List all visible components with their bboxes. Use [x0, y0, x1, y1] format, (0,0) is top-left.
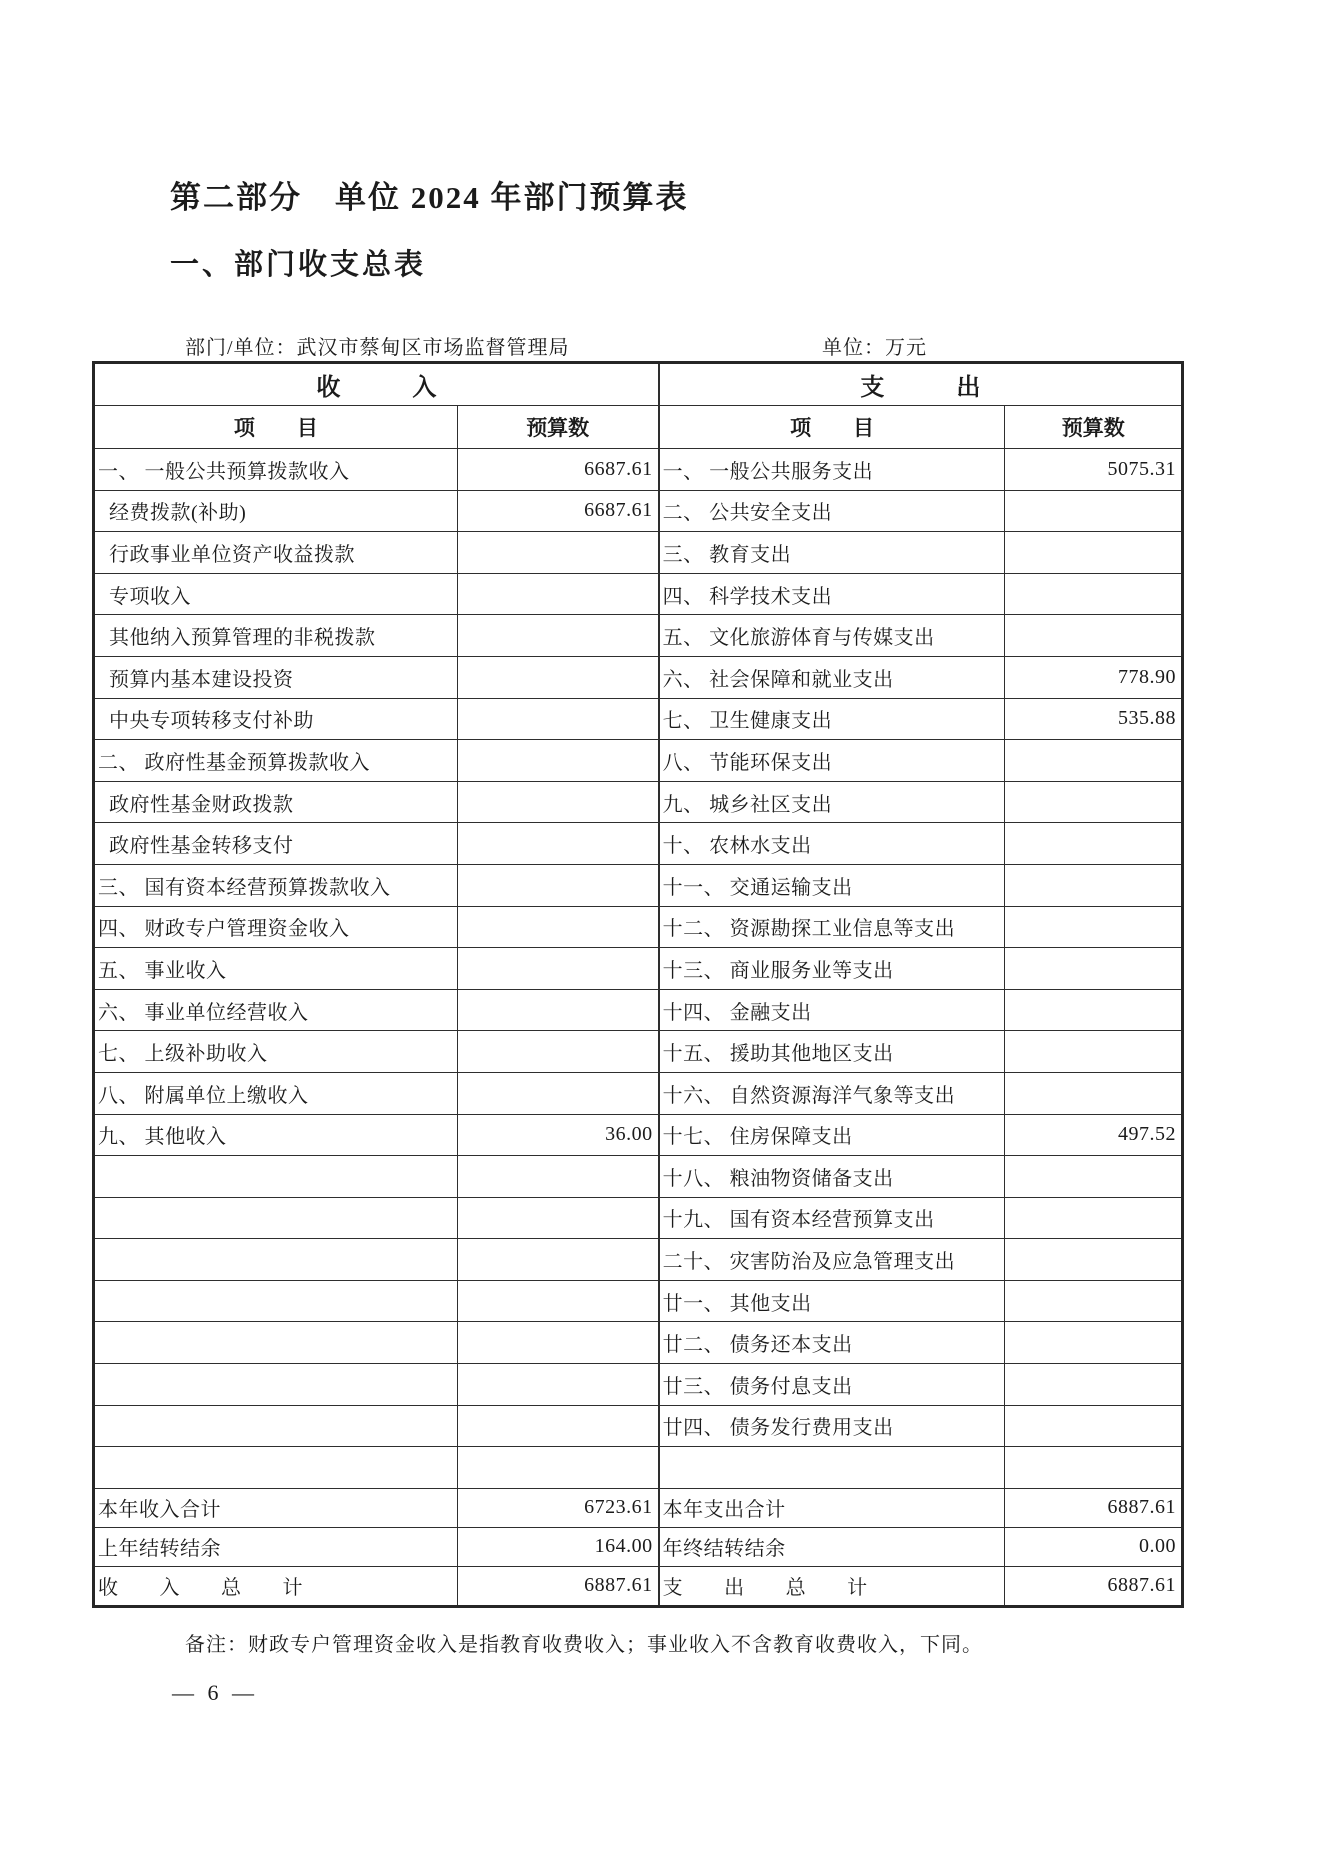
income-value-cell	[457, 989, 658, 1031]
table-row: 二、 政府性基金预算拨款收入 八、 节能环保支出	[94, 740, 1183, 782]
expense-value-cell: 6887.61	[1005, 1488, 1183, 1527]
expense-value-cell: 5075.31	[1005, 449, 1183, 491]
expense-item-cell: 廿四、 债务发行费用支出	[659, 1405, 1005, 1447]
table-row: 行政事业单位资产收益拨款 三、 教育支出	[94, 532, 1183, 574]
income-item-cell	[94, 1156, 458, 1198]
income-item-cell: 中央专项转移支付补助	[94, 698, 458, 740]
expense-item-cell: 八、 节能环保支出	[659, 740, 1005, 782]
expense-item-cell: 十六、 自然资源海洋气象等支出	[659, 1072, 1005, 1114]
expense-value-cell	[1005, 615, 1183, 657]
expense-value-cell	[1005, 573, 1183, 615]
expense-item-cell: 三、 教育支出	[659, 532, 1005, 574]
income-item-cell: 专项收入	[94, 573, 458, 615]
income-value-cell	[457, 1280, 658, 1322]
income-item-cell: 三、 国有资本经营预算拨款收入	[94, 864, 458, 906]
income-item-cell	[94, 1322, 458, 1364]
table-row: 十八、 粮油物资储备支出	[94, 1156, 1183, 1198]
income-budget-header-cell: 预算数	[457, 406, 658, 449]
page-title: 第二部分 单位 2024 年部门预算表	[170, 172, 689, 217]
income-value-cell	[457, 948, 658, 990]
table-row: 预算内基本建设投资 六、 社会保障和就业支出 778.90	[94, 656, 1183, 698]
document-page: 第二部分 单位 2024 年部门预算表 一、部门收支总表 部门/单位：武汉市蔡甸…	[0, 0, 1323, 1871]
income-item-cell	[94, 1239, 458, 1281]
expense-value-cell: 497.52	[1005, 1114, 1183, 1156]
expense-value-cell	[1005, 1031, 1183, 1073]
income-item-cell: 八、 附属单位上缴收入	[94, 1072, 458, 1114]
table-header-row-2: 项 目 预算数 项 目 预算数	[94, 406, 1183, 449]
income-item-cell	[94, 1364, 458, 1406]
expense-item-cell: 五、 文化旅游体育与传媒支出	[659, 615, 1005, 657]
table-row: 二十、 灾害防治及应急管理支出	[94, 1239, 1183, 1281]
page-subtitle: 一、部门收支总表	[170, 242, 426, 283]
expense-value-cell: 535.88	[1005, 698, 1183, 740]
expense-value-cell	[1005, 532, 1183, 574]
expense-value-cell	[1005, 490, 1183, 532]
expense-value-cell: 778.90	[1005, 656, 1183, 698]
income-item-cell: 经费拨款(补助)	[94, 490, 458, 532]
table-body: 一、 一般公共预算拨款收入 6687.61 一、 一般公共服务支出 5075.3…	[94, 449, 1183, 1607]
table-row: 七、 上级补助收入 十五、 援助其他地区支出	[94, 1031, 1183, 1073]
income-item-cell	[94, 1197, 458, 1239]
income-value-cell	[457, 698, 658, 740]
budget-table: 收 入 支 出 项 目 预算数 项 目 预算数 一、 一般公共预算拨款收入 66…	[92, 361, 1184, 1608]
income-value-cell	[457, 1197, 658, 1239]
expense-value-cell	[1005, 1156, 1183, 1198]
expense-value-cell	[1005, 1364, 1183, 1406]
expense-value-cell	[1005, 1405, 1183, 1447]
table-row: 本年收入合计 6723.61 本年支出合计 6887.61	[94, 1488, 1183, 1527]
meta-unit: 单位：万元	[822, 331, 927, 360]
income-item-cell: 四、 财政专户管理资金收入	[94, 906, 458, 948]
income-item-cell: 预算内基本建设投资	[94, 656, 458, 698]
income-value-cell	[457, 615, 658, 657]
income-value-cell	[457, 864, 658, 906]
income-item-header-cell: 项 目	[94, 406, 458, 449]
table-row: 廿四、 债务发行费用支出	[94, 1405, 1183, 1447]
table-row: 廿一、 其他支出	[94, 1280, 1183, 1322]
expense-value-cell	[1005, 1197, 1183, 1239]
expense-item-cell: 十二、 资源勘探工业信息等支出	[659, 906, 1005, 948]
expense-item-cell: 一、 一般公共服务支出	[659, 449, 1005, 491]
income-value-cell	[457, 906, 658, 948]
income-item-cell	[94, 1405, 458, 1447]
expense-item-cell: 年终结转结余	[659, 1527, 1005, 1566]
expense-item-cell: 十四、 金融支出	[659, 989, 1005, 1031]
income-value-cell	[457, 1322, 658, 1364]
table-row: 四、 财政专户管理资金收入 十二、 资源勘探工业信息等支出	[94, 906, 1183, 948]
expense-item-cell: 六、 社会保障和就业支出	[659, 656, 1005, 698]
expense-value-cell	[1005, 864, 1183, 906]
table-row: 一、 一般公共预算拨款收入 6687.61 一、 一般公共服务支出 5075.3…	[94, 449, 1183, 491]
expense-item-cell: 九、 城乡社区支出	[659, 781, 1005, 823]
expense-item-header-cell: 项 目	[659, 406, 1005, 449]
table-row	[94, 1447, 1183, 1489]
expense-item-cell: 廿三、 债务付息支出	[659, 1364, 1005, 1406]
expense-value-cell	[1005, 781, 1183, 823]
table-row: 廿三、 债务付息支出	[94, 1364, 1183, 1406]
income-item-cell: 五、 事业收入	[94, 948, 458, 990]
expense-item-cell: 本年支出合计	[659, 1488, 1005, 1527]
expense-value-cell: 0.00	[1005, 1527, 1183, 1566]
expense-value-cell	[1005, 906, 1183, 948]
income-item-cell: 上年结转结余	[94, 1527, 458, 1566]
table-row: 三、 国有资本经营预算拨款收入 十一、 交通运输支出	[94, 864, 1183, 906]
expense-item-cell	[659, 1447, 1005, 1489]
income-item-cell: 行政事业单位资产收益拨款	[94, 532, 458, 574]
income-value-cell	[457, 573, 658, 615]
income-value-cell: 6687.61	[457, 449, 658, 491]
income-value-cell	[457, 1239, 658, 1281]
income-value-cell	[457, 1364, 658, 1406]
table-row: 经费拨款(补助) 6687.61 二、 公共安全支出	[94, 490, 1183, 532]
income-value-cell	[457, 740, 658, 782]
income-value-cell	[457, 823, 658, 865]
income-value-cell	[457, 1072, 658, 1114]
expense-value-cell	[1005, 1322, 1183, 1364]
income-value-cell	[457, 1447, 658, 1489]
expense-item-cell: 十七、 住房保障支出	[659, 1114, 1005, 1156]
table-row: 廿二、 债务还本支出	[94, 1322, 1183, 1364]
expense-value-cell	[1005, 823, 1183, 865]
expense-item-cell: 四、 科学技术支出	[659, 573, 1005, 615]
expense-item-cell: 十、 农林水支出	[659, 823, 1005, 865]
expense-value-cell	[1005, 989, 1183, 1031]
table-row: 九、 其他收入 36.00 十七、 住房保障支出 497.52	[94, 1114, 1183, 1156]
expense-value-cell: 6887.61	[1005, 1566, 1183, 1606]
expense-item-cell: 十九、 国有资本经营预算支出	[659, 1197, 1005, 1239]
table-row: 八、 附属单位上缴收入 十六、 自然资源海洋气象等支出	[94, 1072, 1183, 1114]
expense-value-cell	[1005, 1239, 1183, 1281]
expense-budget-header-cell: 预算数	[1005, 406, 1183, 449]
table-row: 中央专项转移支付补助 七、 卫生健康支出 535.88	[94, 698, 1183, 740]
income-value-cell: 6887.61	[457, 1566, 658, 1606]
income-header-cell: 收 入	[94, 363, 659, 406]
table-row: 政府性基金财政拨款 九、 城乡社区支出	[94, 781, 1183, 823]
table-row: 六、 事业单位经营收入 十四、 金融支出	[94, 989, 1183, 1031]
expense-item-cell: 支 出 总 计	[659, 1566, 1005, 1606]
income-item-cell: 二、 政府性基金预算拨款收入	[94, 740, 458, 782]
table-row: 专项收入 四、 科学技术支出	[94, 573, 1183, 615]
income-value-cell: 6687.61	[457, 490, 658, 532]
income-value-cell: 6723.61	[457, 1488, 658, 1527]
expense-value-cell	[1005, 1280, 1183, 1322]
expense-item-cell: 十五、 援助其他地区支出	[659, 1031, 1005, 1073]
expense-item-cell: 廿一、 其他支出	[659, 1280, 1005, 1322]
income-item-cell: 一、 一般公共预算拨款收入	[94, 449, 458, 491]
income-item-cell	[94, 1447, 458, 1489]
expense-value-cell	[1005, 948, 1183, 990]
table-row: 五、 事业收入 十三、 商业服务业等支出	[94, 948, 1183, 990]
expense-item-cell: 二、 公共安全支出	[659, 490, 1005, 532]
table-row: 上年结转结余 164.00 年终结转结余 0.00	[94, 1527, 1183, 1566]
income-item-cell: 政府性基金转移支付	[94, 823, 458, 865]
table-row: 政府性基金转移支付 十、 农林水支出	[94, 823, 1183, 865]
income-value-cell: 164.00	[457, 1527, 658, 1566]
income-value-cell	[457, 1031, 658, 1073]
income-value-cell	[457, 656, 658, 698]
income-value-cell	[457, 532, 658, 574]
income-value-cell: 36.00	[457, 1114, 658, 1156]
expense-item-cell: 廿二、 债务还本支出	[659, 1322, 1005, 1364]
expense-item-cell: 十八、 粮油物资储备支出	[659, 1156, 1005, 1198]
expense-item-cell: 十三、 商业服务业等支出	[659, 948, 1005, 990]
expense-value-cell	[1005, 1447, 1183, 1489]
table-row: 其他纳入预算管理的非税拨款 五、 文化旅游体育与传媒支出	[94, 615, 1183, 657]
income-item-cell: 九、 其他收入	[94, 1114, 458, 1156]
expense-header-cell: 支 出	[659, 363, 1183, 406]
income-item-cell: 六、 事业单位经营收入	[94, 989, 458, 1031]
income-item-cell: 七、 上级补助收入	[94, 1031, 458, 1073]
meta-department: 部门/单位：武汉市蔡甸区市场监督管理局	[185, 331, 570, 360]
income-item-cell: 收 入 总 计	[94, 1566, 458, 1606]
income-value-cell	[457, 1405, 658, 1447]
income-item-cell: 政府性基金财政拨款	[94, 781, 458, 823]
expense-value-cell	[1005, 740, 1183, 782]
income-value-cell	[457, 781, 658, 823]
table-row: 十九、 国有资本经营预算支出	[94, 1197, 1183, 1239]
footnote: 备注：财政专户管理资金收入是指教育收费收入；事业收入不含教育收费收入，下同。	[185, 1628, 983, 1657]
income-item-cell: 本年收入合计	[94, 1488, 458, 1527]
table-header-row-1: 收 入 支 出	[94, 363, 1183, 406]
expense-value-cell	[1005, 1072, 1183, 1114]
table-row: 收 入 总 计 6887.61 支 出 总 计 6887.61	[94, 1566, 1183, 1606]
expense-item-cell: 十一、 交通运输支出	[659, 864, 1005, 906]
income-item-cell	[94, 1280, 458, 1322]
expense-item-cell: 七、 卫生健康支出	[659, 698, 1005, 740]
income-item-cell: 其他纳入预算管理的非税拨款	[94, 615, 458, 657]
page-number: — 6 —	[172, 1680, 258, 1706]
income-value-cell	[457, 1156, 658, 1198]
expense-item-cell: 二十、 灾害防治及应急管理支出	[659, 1239, 1005, 1281]
